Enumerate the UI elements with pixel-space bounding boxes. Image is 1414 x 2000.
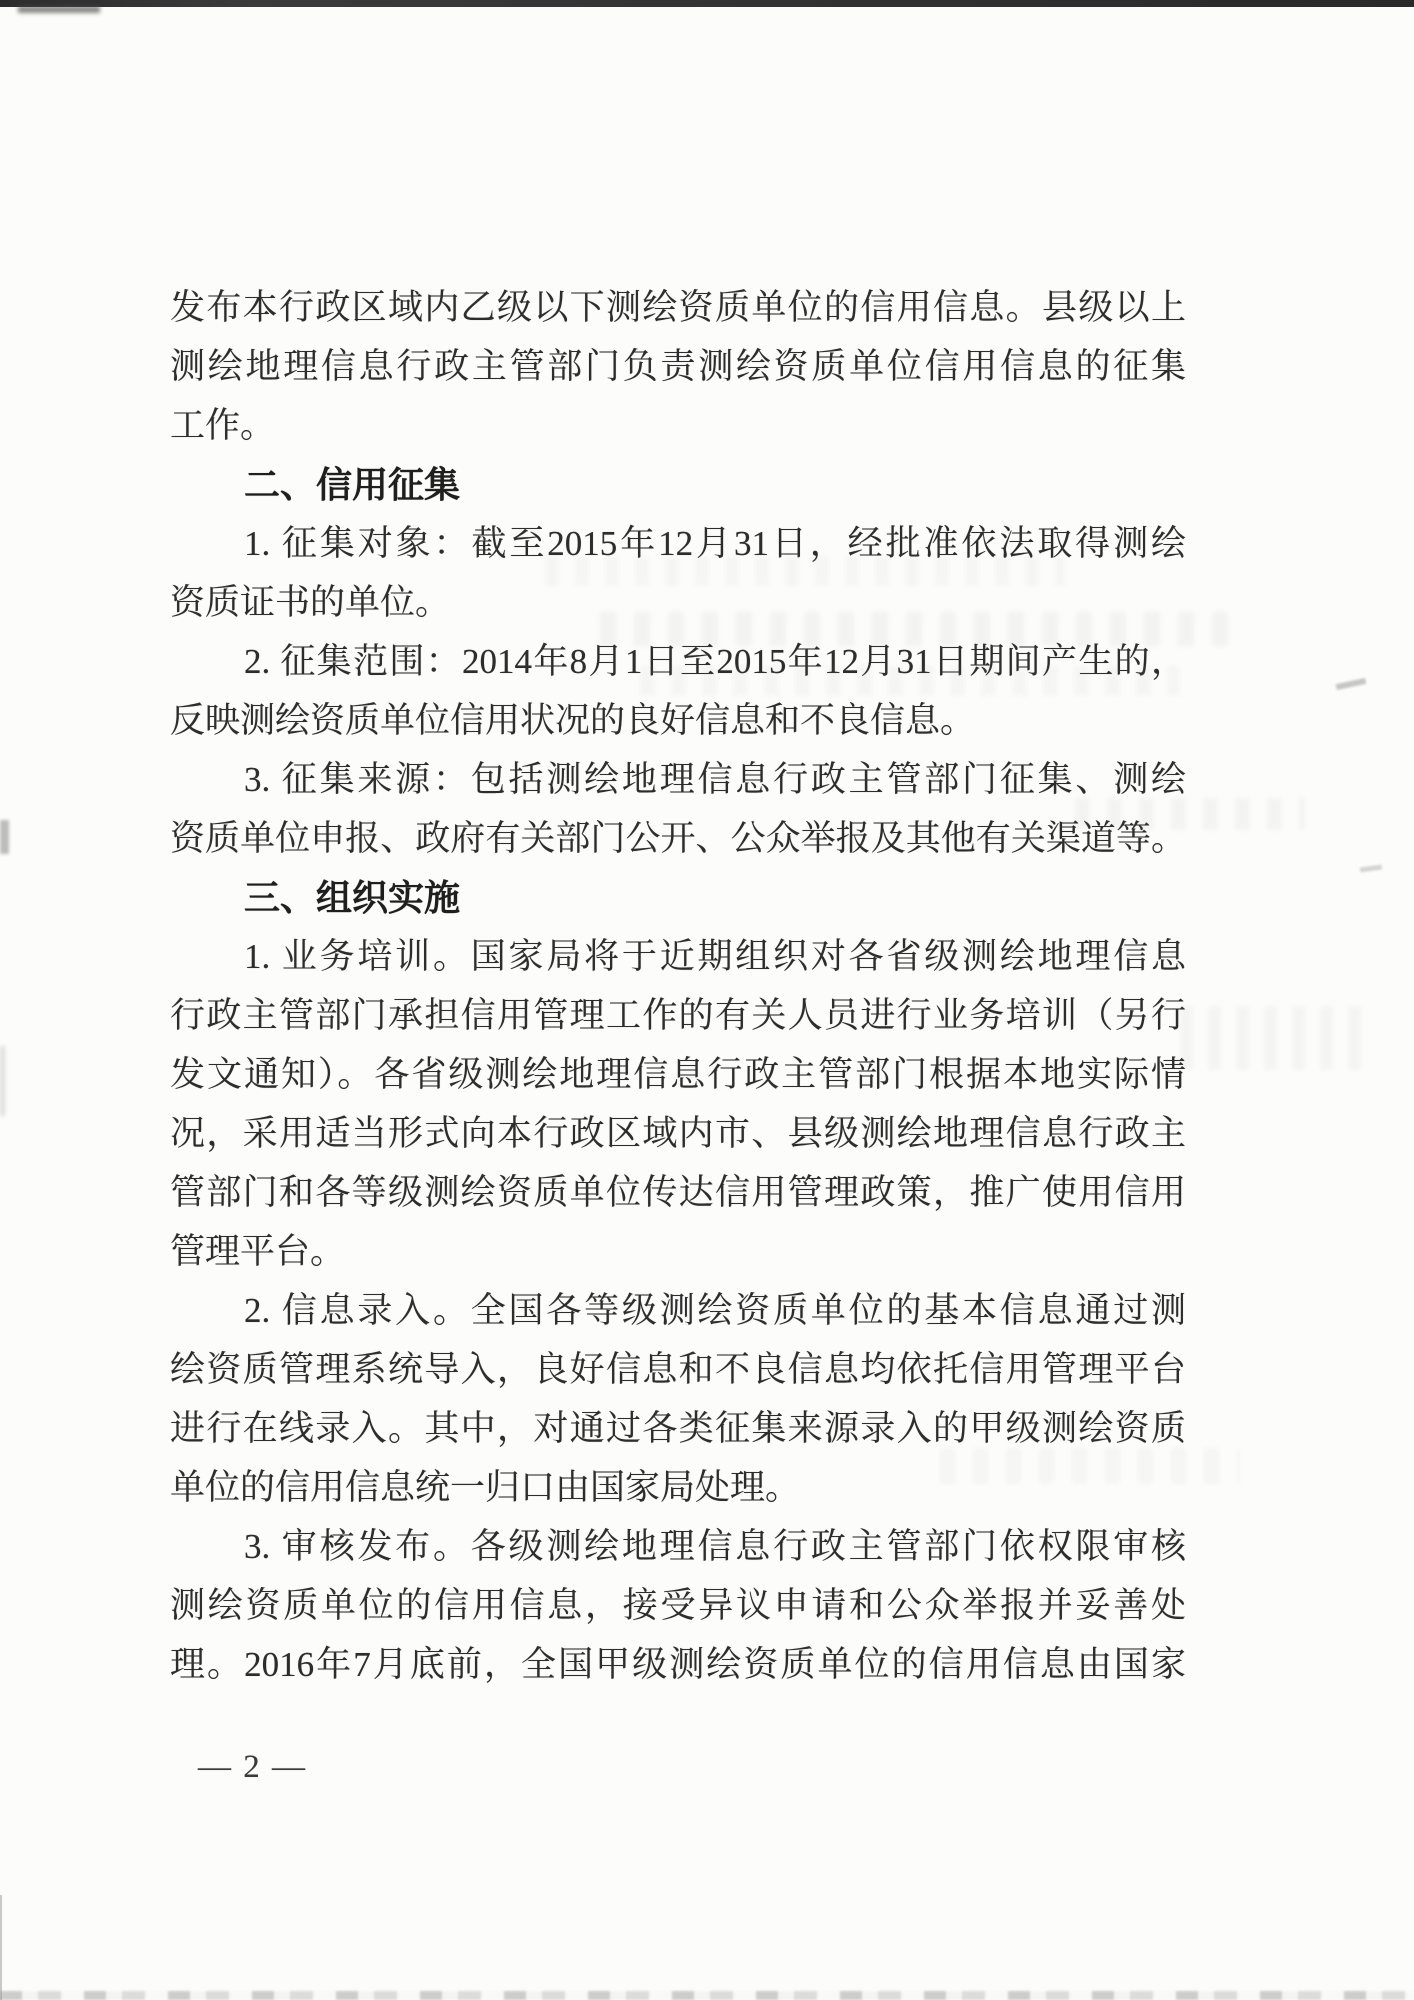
text-line: 管理平台。 — [170, 1222, 1186, 1281]
scan-artifact — [0, 1895, 2, 2000]
text-line: 管部门和各等级测绘资质单位传达信用管理政策，推广使用信用 — [170, 1163, 1186, 1222]
text-line: 发布本行政区域内乙级以下测绘资质单位的信用信息。县级以上 — [170, 278, 1186, 337]
scan-artifact — [1336, 678, 1367, 690]
scan-top-edge — [0, 0, 1414, 7]
text-line: 况，采用适当形式向本行政区域内市、县级测绘地理信息行政主 — [170, 1104, 1186, 1163]
text-line: 3. 征集来源：包括测绘地理信息行政主管部门征集、测绘 — [170, 750, 1186, 809]
text-line: 行政主管部门承担信用管理工作的有关人员进行业务培训（另行 — [170, 986, 1186, 1045]
bleed-through-mark — [1180, 1006, 1370, 1070]
text-line: 2. 信息录入。全国各等级测绘资质单位的基本信息通过测 — [170, 1281, 1186, 1340]
text-line: 绘资质管理系统导入，良好信息和不良信息均依托信用管理平台 — [170, 1340, 1186, 1399]
text-line: 理。2016年7月底前，全国甲级测绘资质单位的信用信息由国家 — [170, 1635, 1186, 1694]
bleed-through-mark — [545, 556, 1065, 586]
bleed-through-mark — [640, 666, 1180, 696]
heading-credit-collection: 二、信用征集 — [170, 455, 1186, 514]
scanned-document-page: 发布本行政区域内乙级以下测绘资质单位的信用信息。县级以上 测绘地理信息行政主管部… — [0, 0, 1414, 2000]
scan-artifact — [0, 1046, 5, 1116]
text-line: 反映测绘资质单位信用状况的良好信息和不良信息。 — [170, 691, 1186, 750]
page-number: — 2 — — [198, 1749, 307, 1786]
text-line: 发文通知）。各省级测绘地理信息行政主管部门根据本地实际情 — [170, 1045, 1186, 1104]
text-line: 资质单位申报、政府有关部门公开、公众举报及其他有关渠道等。 — [170, 809, 1186, 868]
scan-artifact — [1360, 864, 1382, 872]
text-line: 1. 业务培训。国家局将于近期组织对各省级测绘地理信息 — [170, 927, 1186, 986]
heading-organization-implementation: 三、组织实施 — [170, 868, 1186, 927]
text-line: 3. 审核发布。各级测绘地理信息行政主管部门依权限审核 — [170, 1517, 1186, 1576]
scan-bottom-edge — [0, 1991, 1414, 2000]
scan-artifact — [0, 820, 9, 854]
text-line: 测绘资质单位的信用信息，接受异议申请和公众举报并妥善处 — [170, 1576, 1186, 1635]
bleed-through-mark — [940, 1448, 1240, 1484]
bleed-through-mark — [600, 612, 1240, 646]
text-line: 测绘地理信息行政主管部门负责测绘资质单位信用信息的征集 — [170, 337, 1186, 396]
bleed-through-mark — [1075, 798, 1305, 830]
scan-artifact — [18, 6, 100, 13]
text-line: 工作。 — [170, 396, 1186, 455]
